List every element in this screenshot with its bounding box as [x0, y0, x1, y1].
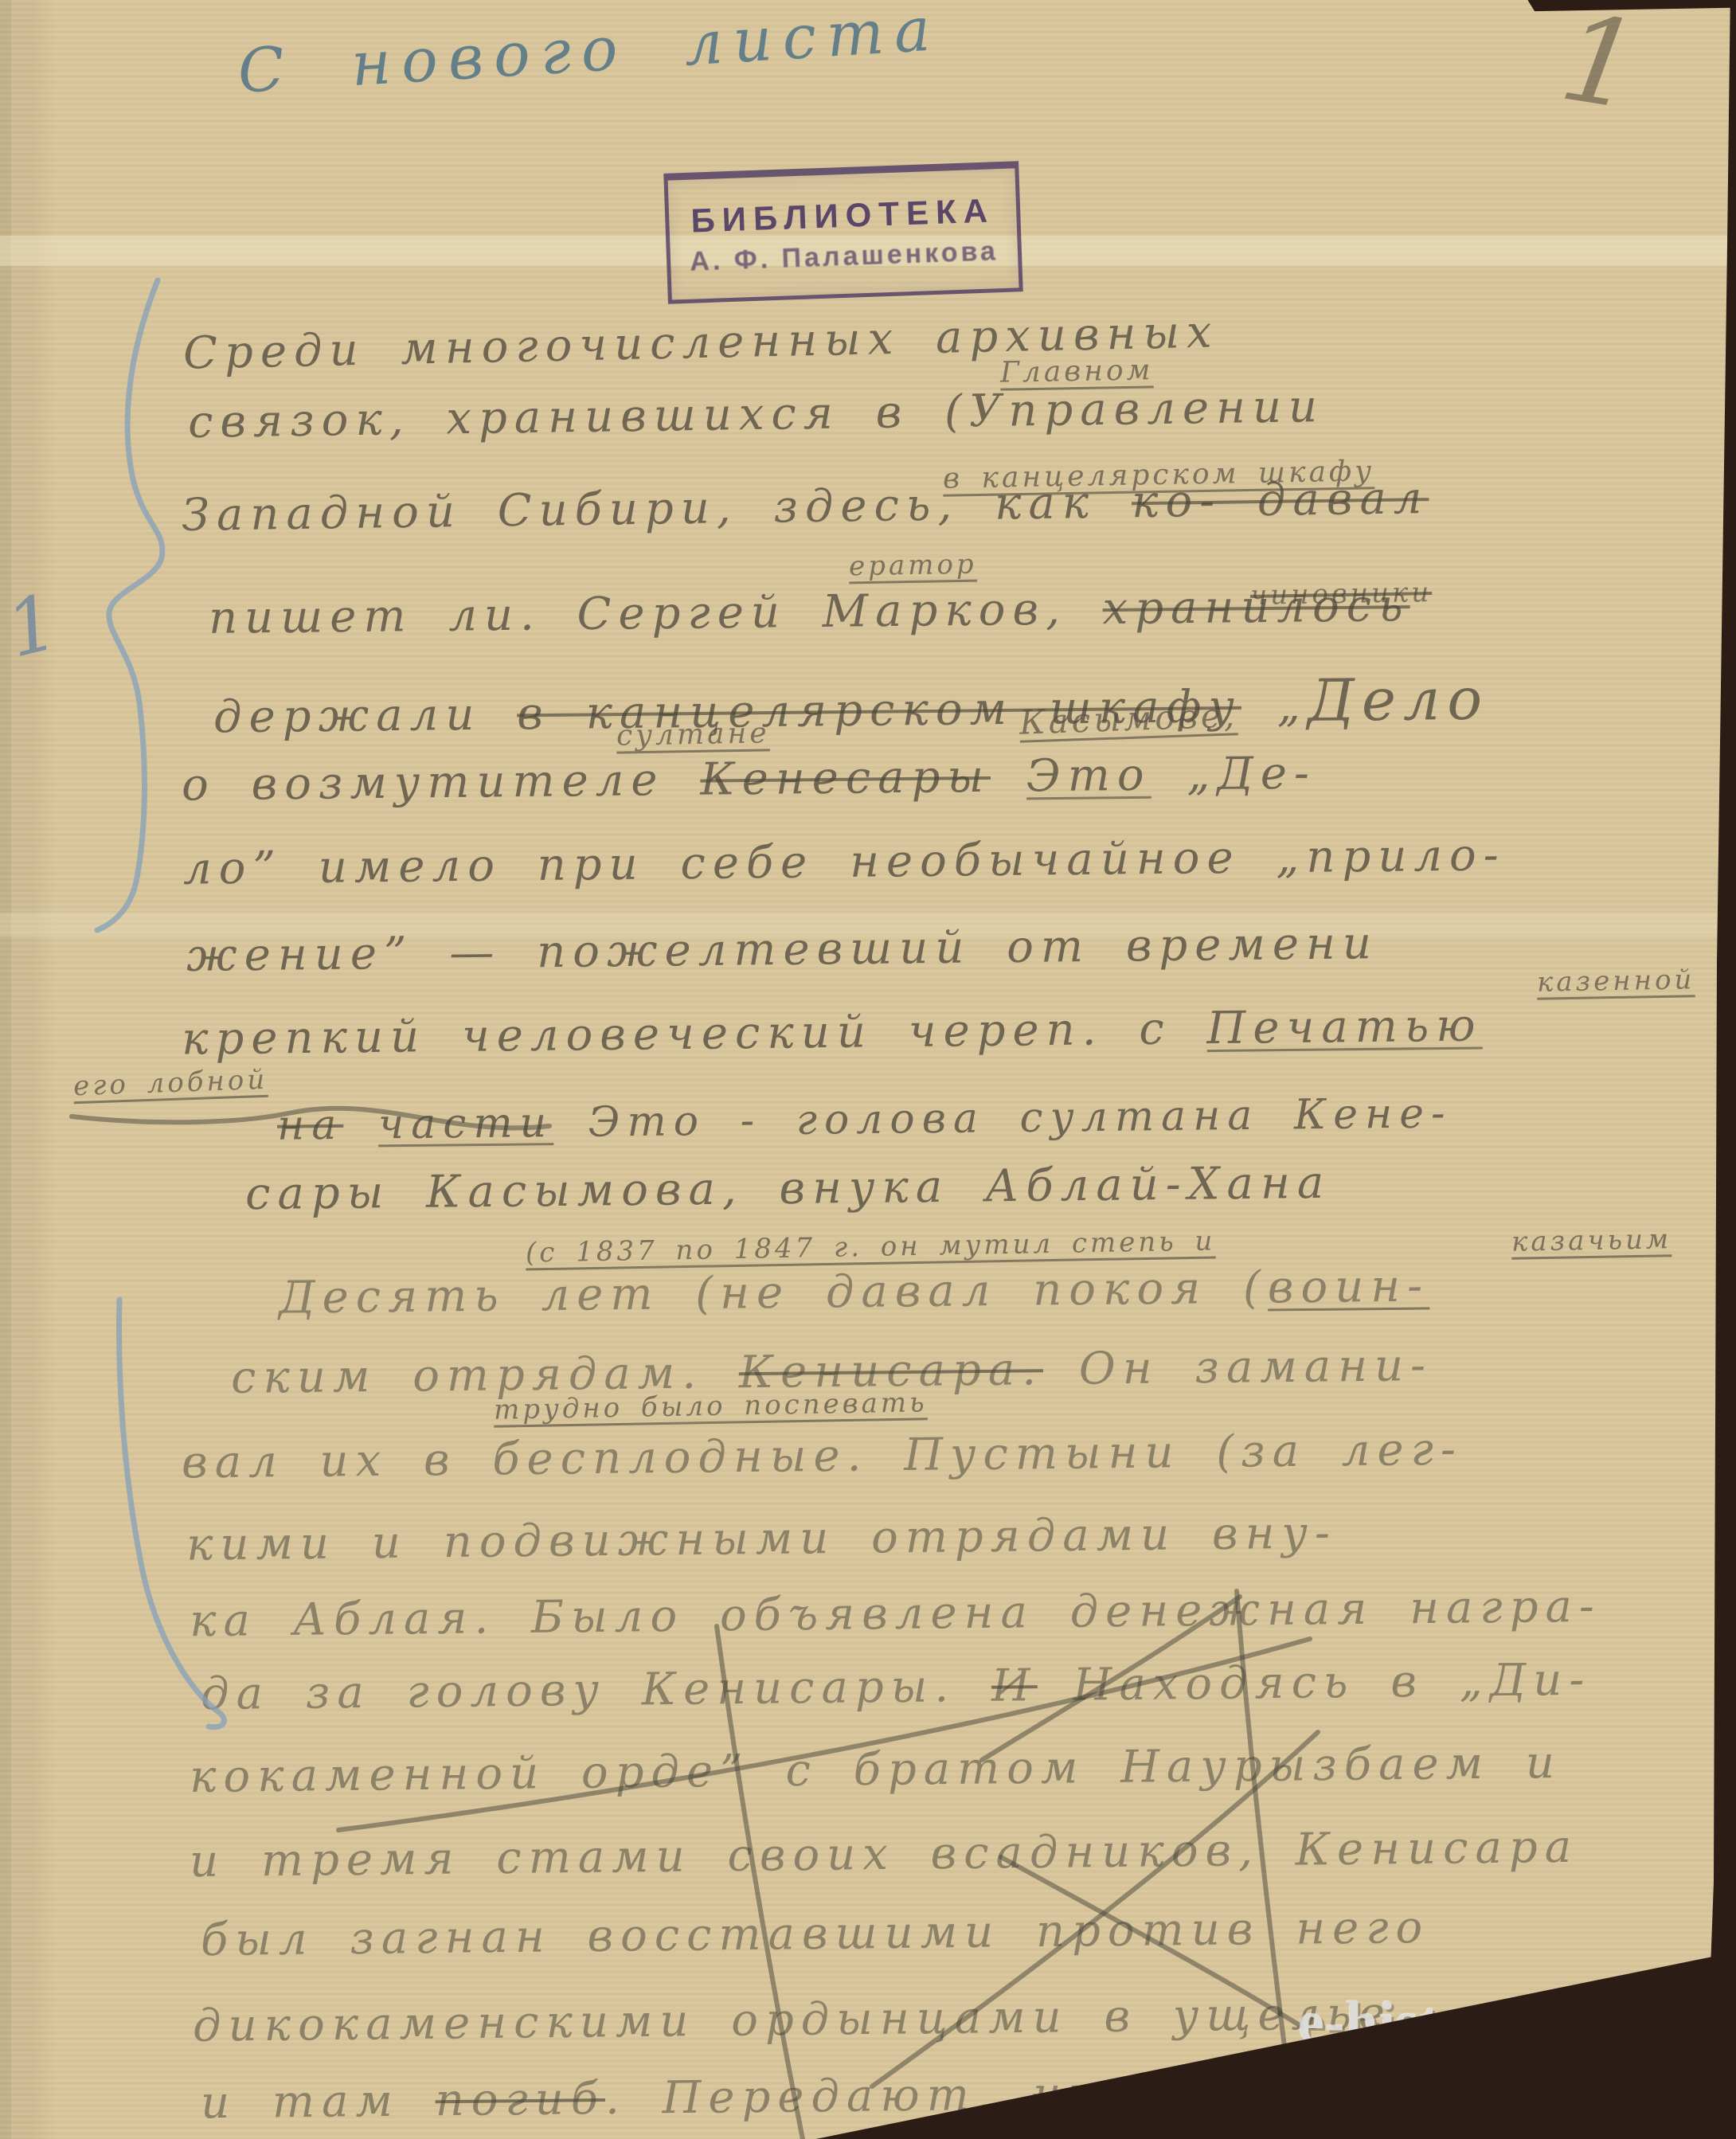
manuscript-segment: части	[378, 1099, 554, 1148]
manuscript-segment: Он замани-	[1043, 1339, 1433, 1395]
manuscript-line: трудно было поспевать	[494, 1386, 928, 1425]
manuscript-line: ка Аблая. Было объявлена денежная награ-	[190, 1581, 1601, 1648]
manuscript-segment: Дело	[1307, 666, 1489, 735]
manuscript-segment: султане	[616, 717, 770, 752]
scan-edge-right	[1704, 0, 1736, 2139]
manuscript-segment: на	[277, 1101, 344, 1150]
manuscript-segment: дикокаменскими ордынцами в ущелье	[193, 1988, 1392, 2052]
manuscript-segment: его лобной	[72, 1064, 268, 1102]
manuscript-line: был загнан восставшими против него	[201, 1902, 1430, 1966]
manuscript-line: ло” имело при себе необычайное „прило-	[183, 829, 1506, 894]
page-heading-blue-pencil: С нового листа	[236, 0, 943, 107]
margin-blue-number: 1	[0, 577, 67, 675]
manuscript-segment: сары Касымова, внука Аблай-Хана	[245, 1157, 1331, 1220]
manuscript-segment: Это - голова султана Кене-	[553, 1089, 1453, 1147]
manuscript-line: Западной Сибири, здесь, как ко- давал	[182, 472, 1429, 542]
manuscript-segment: Находясь в „Ди-	[1037, 1654, 1591, 1711]
blue-margin-arc	[119, 1300, 225, 1727]
manuscript-segment: погиб	[435, 2073, 605, 2126]
manuscript-line: крепкий человеческий череп. с Печатью	[182, 999, 1483, 1065]
manuscript-line: связок, хранившихся в (Управлении	[188, 381, 1325, 448]
manuscript-line: султане	[616, 717, 770, 752]
manuscript-line: дикокаменскими ордынцами в ущелье	[193, 1988, 1392, 2052]
manuscript-segment: и тремя стами своих всадников, Кенисара	[190, 1821, 1579, 1887]
manuscript-segment: трудно было поспевать	[494, 1386, 928, 1425]
manuscript-segment: Десять лет (не давал покоя (	[279, 1262, 1268, 1324]
manuscript-segment: связок, хранившихся в (Управлении	[188, 381, 1325, 448]
manuscript-line: держали в канцелярском шкафу „Дело	[213, 666, 1490, 747]
manuscript-line: вал их в бесплодные. Пустыни (за лег-	[182, 1424, 1463, 1489]
stamp-line1: БИБЛИОТЕКА	[690, 191, 995, 240]
manuscript-segment: о возмутителе	[182, 754, 701, 811]
manuscript-line: ератор	[849, 549, 977, 583]
manuscript-segment: держали	[213, 688, 518, 743]
stamp-line2: А. Ф. Палашенкова	[690, 236, 999, 278]
manuscript-segment: был загнан восставшими против него	[201, 1902, 1430, 1966]
manuscript-line: и тремя стами своих всадников, Кенисара	[190, 1821, 1579, 1887]
manuscript-segment	[343, 1101, 378, 1148]
manuscript-segment: хранилось	[1102, 580, 1410, 635]
manuscript-segment: казенной	[1537, 964, 1695, 998]
manuscript-segment: Кенесары	[700, 751, 991, 806]
manuscript-segment: И	[991, 1660, 1038, 1712]
manuscript-line: сары Касымова, внука Аблай-Хана	[245, 1157, 1331, 1220]
manuscript-line: казачьим	[1511, 1223, 1672, 1258]
manuscript-line: о возмутителе Кенесары Это „Де-	[182, 748, 1317, 811]
manuscript-page: С нового листа 1 1 БИБЛИОТЕКА А. Ф. Пала…	[0, 0, 1736, 2139]
manuscript-segment: Это	[1026, 749, 1151, 803]
manuscript-segment: кокаменной орде” с братом Наурызбаем и	[190, 1737, 1562, 1803]
manuscript-line: кокаменной орде” с братом Наурызбаем и	[190, 1737, 1562, 1803]
manuscript-line: да за голову Кенисары. И Находясь в „Ди-	[201, 1654, 1592, 1720]
manuscript-segment: ло” имело при себе необычайное „прило-	[183, 829, 1506, 894]
manuscript-line: его лобной	[72, 1064, 268, 1102]
manuscript-segment: Западной Сибири, здесь, как	[182, 476, 1132, 542]
manuscript-segment: (с 1837 по 1847 г. он мутил степь и	[526, 1225, 1216, 1269]
library-stamp: БИБЛИОТЕКА А. Ф. Палашенкова	[663, 161, 1022, 303]
manuscript-line: казенной	[1537, 964, 1695, 998]
page-number: 1	[1552, 0, 1648, 137]
manuscript-line: на части Это - голова султана Кене-	[277, 1089, 1453, 1149]
manuscript-segment: крепкий человеческий череп. с	[182, 1003, 1207, 1065]
manuscript-segment: пишет ли. Сергей Марков,	[209, 583, 1103, 644]
manuscript-line: Десять лет (не давал покоя (воин-	[279, 1260, 1430, 1324]
manuscript-segment: „	[1241, 680, 1308, 733]
manuscript-segment: „Де-	[1151, 748, 1316, 801]
manuscript-segment: ератор	[849, 549, 977, 583]
manuscript-segment: кими и подвижными отрядами вну-	[186, 1507, 1337, 1570]
manuscript-segment	[991, 750, 1026, 802]
manuscript-segment: вал их в бесплодные. Пустыни (за лег-	[182, 1424, 1463, 1489]
manuscript-segment: воин-	[1267, 1260, 1429, 1313]
manuscript-line: (с 1837 по 1847 г. он мутил степь и	[526, 1225, 1216, 1269]
manuscript-segment: и там	[201, 2074, 436, 2129]
manuscript-segment: казачьим	[1511, 1223, 1672, 1258]
manuscript-segment: Печатью	[1206, 999, 1483, 1054]
manuscript-line: пишет ли. Сергей Марков, хранилось	[209, 580, 1410, 644]
manuscript-segment: Касымове,	[1019, 695, 1238, 742]
manuscript-segment: ка Аблая. Было объявлена денежная награ-	[190, 1581, 1601, 1648]
manuscript-line: кими и подвижными отрядами вну-	[186, 1507, 1337, 1570]
manuscript-segment: да за голову Кенисары.	[201, 1660, 992, 1720]
manuscript-segment: ко- давал	[1132, 472, 1429, 528]
manuscript-line: Касымове,	[1019, 695, 1238, 742]
